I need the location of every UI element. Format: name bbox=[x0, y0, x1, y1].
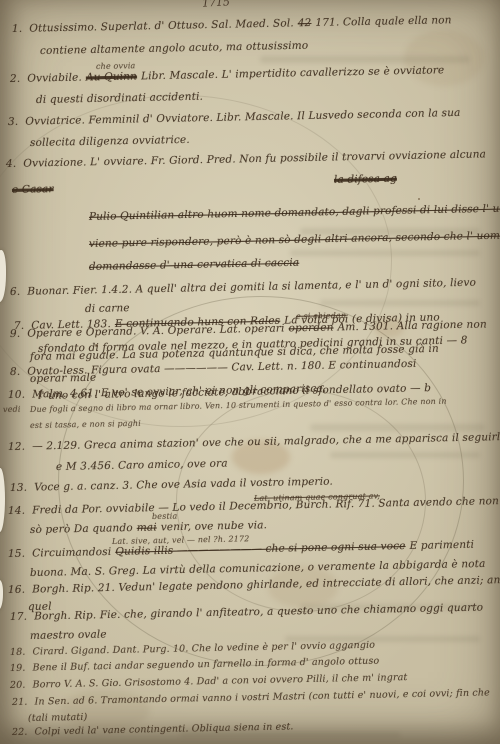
line-text: — 2.129. Greca anima stazion' ove che ou… bbox=[32, 431, 500, 453]
manuscript-line: 18.Cirard. Gigand. Dant. Purg. 10. Che l… bbox=[10, 641, 375, 658]
manuscript-line: 15.CircuimandosiQuidis illis ———————— ch… bbox=[8, 540, 474, 560]
manuscript-line: e M 3.456. Caro amico, ove ora bbox=[56, 459, 228, 473]
struck-text: domandasse d' una cervatica di caccia bbox=[89, 257, 299, 273]
manuscript-line: 3.Ovviatrice. Femminil d' Ovviatore. Lib… bbox=[8, 108, 461, 128]
line-text: Cirard. Gigand. Dant. Purg. 10. Che lo v… bbox=[32, 640, 375, 658]
struck-text: Au Quinn bbox=[86, 70, 137, 83]
entry-number: 8. bbox=[10, 367, 21, 378]
entry-number: 22. bbox=[12, 728, 28, 738]
line-text: Ovviazione. L' ovviare. Fr. Giord. Pred.… bbox=[23, 148, 486, 169]
manuscript-line: 19.Bene il Buf. taci andar seguendo un f… bbox=[10, 657, 379, 674]
torn-edge bbox=[0, 580, 3, 610]
struck-paragraph-line: viene pure rispondere, però è non sò deg… bbox=[85, 230, 500, 249]
manuscript-line: 13.Voce g. a. canz. 3. Che ove Asia vada… bbox=[10, 477, 333, 494]
line-text: Circuimandosi bbox=[32, 546, 111, 560]
entry-number: 6. bbox=[10, 287, 21, 298]
entry-number: 20. bbox=[10, 681, 26, 691]
entry-number: 14. bbox=[8, 506, 25, 517]
line-text: Libr. Mascale. L' impertidito cavalleriz… bbox=[141, 64, 445, 82]
line-text: Am. 1301. Alla ragione non bbox=[337, 318, 486, 333]
manuscript-line: 12.— 2.129. Greca anima stazion' ove che… bbox=[8, 432, 500, 453]
entry-number: 18. bbox=[10, 648, 26, 658]
line-text: che ovvia bbox=[96, 61, 136, 71]
struck-text: la difesa ag bbox=[334, 173, 397, 186]
entry-number: 10. bbox=[8, 390, 25, 401]
entry-number: 12. bbox=[8, 442, 25, 453]
line-text: E parimenti bbox=[409, 539, 474, 552]
inserted-note: bestia bbox=[152, 512, 178, 521]
entry-number: 4. bbox=[6, 159, 17, 170]
entry-number: 9. bbox=[10, 329, 21, 340]
line-text: sollecita diligenza ovviatrice. bbox=[30, 134, 190, 149]
line-text: 171. Colla quale ella non bbox=[315, 14, 451, 29]
manuscript-line: sò però Da quandomaivenir, ove nube via. bbox=[30, 520, 267, 535]
manuscript-line: e Casar bbox=[8, 184, 58, 195]
bleedthrough-text bbox=[330, 452, 480, 458]
line-text: Ovviatrice. Femminil d' Ovviatore. Libr.… bbox=[25, 107, 460, 128]
manuscript-page: 1715 1.Ottusissimo. Superlat. d' Ottuso.… bbox=[0, 0, 500, 744]
line-text: operar male bbox=[30, 372, 97, 385]
manuscript-line: (tali mutati) bbox=[28, 713, 88, 724]
line-text: Bene il Buf. taci andar seguendo un farn… bbox=[32, 656, 379, 674]
line-text: Borro V. A. S. Gio. Grisostomo 4. Dad' a… bbox=[32, 672, 407, 691]
line-text: maestro ovale bbox=[30, 628, 107, 642]
manuscript-line: contiene altamente angolo acuto, ma ottu… bbox=[40, 41, 309, 57]
line-text: Voce g. a. canz. 3. Che ove Asia vada il… bbox=[34, 476, 333, 494]
manuscript-line: 6.Buonar. Fier. 1.4.2. A quell' altra de… bbox=[10, 278, 476, 298]
entry-number: 2. bbox=[10, 74, 21, 85]
line-text: vedi bbox=[3, 405, 21, 414]
entry-number: 21. bbox=[12, 698, 28, 708]
manuscript-line: est si tassa, e non si paghi bbox=[30, 420, 141, 430]
inserted-note: e si chiedan bbox=[292, 312, 350, 321]
struck-text: mai bbox=[137, 521, 157, 533]
bleedthrough-text bbox=[310, 424, 485, 431]
manuscript-line: sollecita diligenza ovviatrice. bbox=[30, 135, 190, 149]
margin-note: vedi bbox=[3, 406, 21, 414]
line-text: di questi disordinati accidenti. bbox=[36, 91, 203, 106]
struck-text: 42 bbox=[298, 17, 312, 29]
entry-number: 13. bbox=[10, 483, 27, 494]
manuscript-line: 2.Ovviabile.Au QuinnLibr. Mascale. L' im… bbox=[10, 65, 445, 84]
line-text: In Sen. ad 6. Tramontando ormai vanno i … bbox=[34, 687, 490, 707]
torn-edge bbox=[0, 250, 6, 302]
struck-text: e Casar bbox=[12, 183, 54, 196]
line-text: di carne bbox=[85, 302, 130, 315]
manuscript-line: 14.Fredi da Por. ovviabile — Lo vedo il … bbox=[8, 496, 499, 516]
line-text: venir, ove nube via. bbox=[161, 519, 268, 533]
bleedthrough-text bbox=[320, 300, 480, 306]
line-text: est si tassa, e non si paghi bbox=[30, 419, 141, 430]
bleedthrough-text bbox=[260, 56, 470, 63]
line-text: bestia bbox=[152, 511, 178, 521]
entry-number: 15. bbox=[8, 549, 25, 560]
struck-paragraph-line: domandasse d' una cervatica di caccia bbox=[85, 258, 303, 273]
manuscript-line: di questi disordinati accidenti. bbox=[36, 92, 203, 106]
torn-edge bbox=[0, 468, 5, 532]
manuscript-line: 4.Ovviazione. L' ovviare. Fr. Giord. Pre… bbox=[6, 149, 486, 169]
line-text: Ovviabile. bbox=[27, 72, 82, 85]
struck-text: operden bbox=[288, 322, 333, 335]
line-text: (tali mutati) bbox=[28, 712, 88, 724]
line-text: Ottusissimo. Superlat. d' Ottuso. Sal. M… bbox=[29, 17, 294, 34]
entry-number: 3. bbox=[8, 117, 19, 128]
manuscript-line: maestro ovale bbox=[30, 629, 107, 641]
struck-text: e si chiedan bbox=[296, 311, 346, 321]
entry-number: 16. bbox=[8, 585, 25, 596]
line-text: e M 3.456. Caro amico, ove ora bbox=[56, 458, 228, 473]
entry-number: 19. bbox=[10, 664, 26, 674]
struck-paragraph-line: Pulio Quintilian altro huom nome domanda… bbox=[85, 203, 500, 222]
line-text: Buonar. Fier. 1.4.2. A quell' altra dei … bbox=[27, 277, 476, 298]
struck-text: viene pure rispondere, però è non sò deg… bbox=[89, 229, 500, 250]
page-number: 1715 bbox=[202, 0, 231, 10]
manuscript-line: di carne bbox=[85, 303, 130, 314]
bleedthrough-text bbox=[290, 250, 480, 256]
line-text: sò però Da quando bbox=[30, 522, 133, 536]
manuscript-line: 21.In Sen. ad 6. Tramontando ormai vanno… bbox=[12, 688, 490, 707]
manuscript-line: 17.Borgh. Rip. Fie. che, girando l' anfi… bbox=[10, 603, 483, 623]
entry-number: 1. bbox=[12, 24, 23, 35]
line-text: Borgh. Rip. Fie. che, girando l' anfitea… bbox=[34, 602, 483, 623]
manuscript-line: operar male bbox=[30, 373, 97, 385]
manuscript-line: la difesa ag bbox=[330, 174, 401, 186]
manuscript-line: 1.Ottusissimo. Superlat. d' Ottuso. Sal.… bbox=[12, 15, 452, 34]
ink-speck bbox=[418, 198, 420, 200]
entry-number: 17. bbox=[10, 612, 27, 623]
manuscript-line: 20.Borro V. A. S. Gio. Grisostomo 4. Dad… bbox=[10, 673, 408, 690]
line-text: contiene altamente angolo acuto, ma ottu… bbox=[40, 40, 309, 57]
struck-text: Pulio Quintilian altro huom nome domanda… bbox=[89, 202, 500, 223]
